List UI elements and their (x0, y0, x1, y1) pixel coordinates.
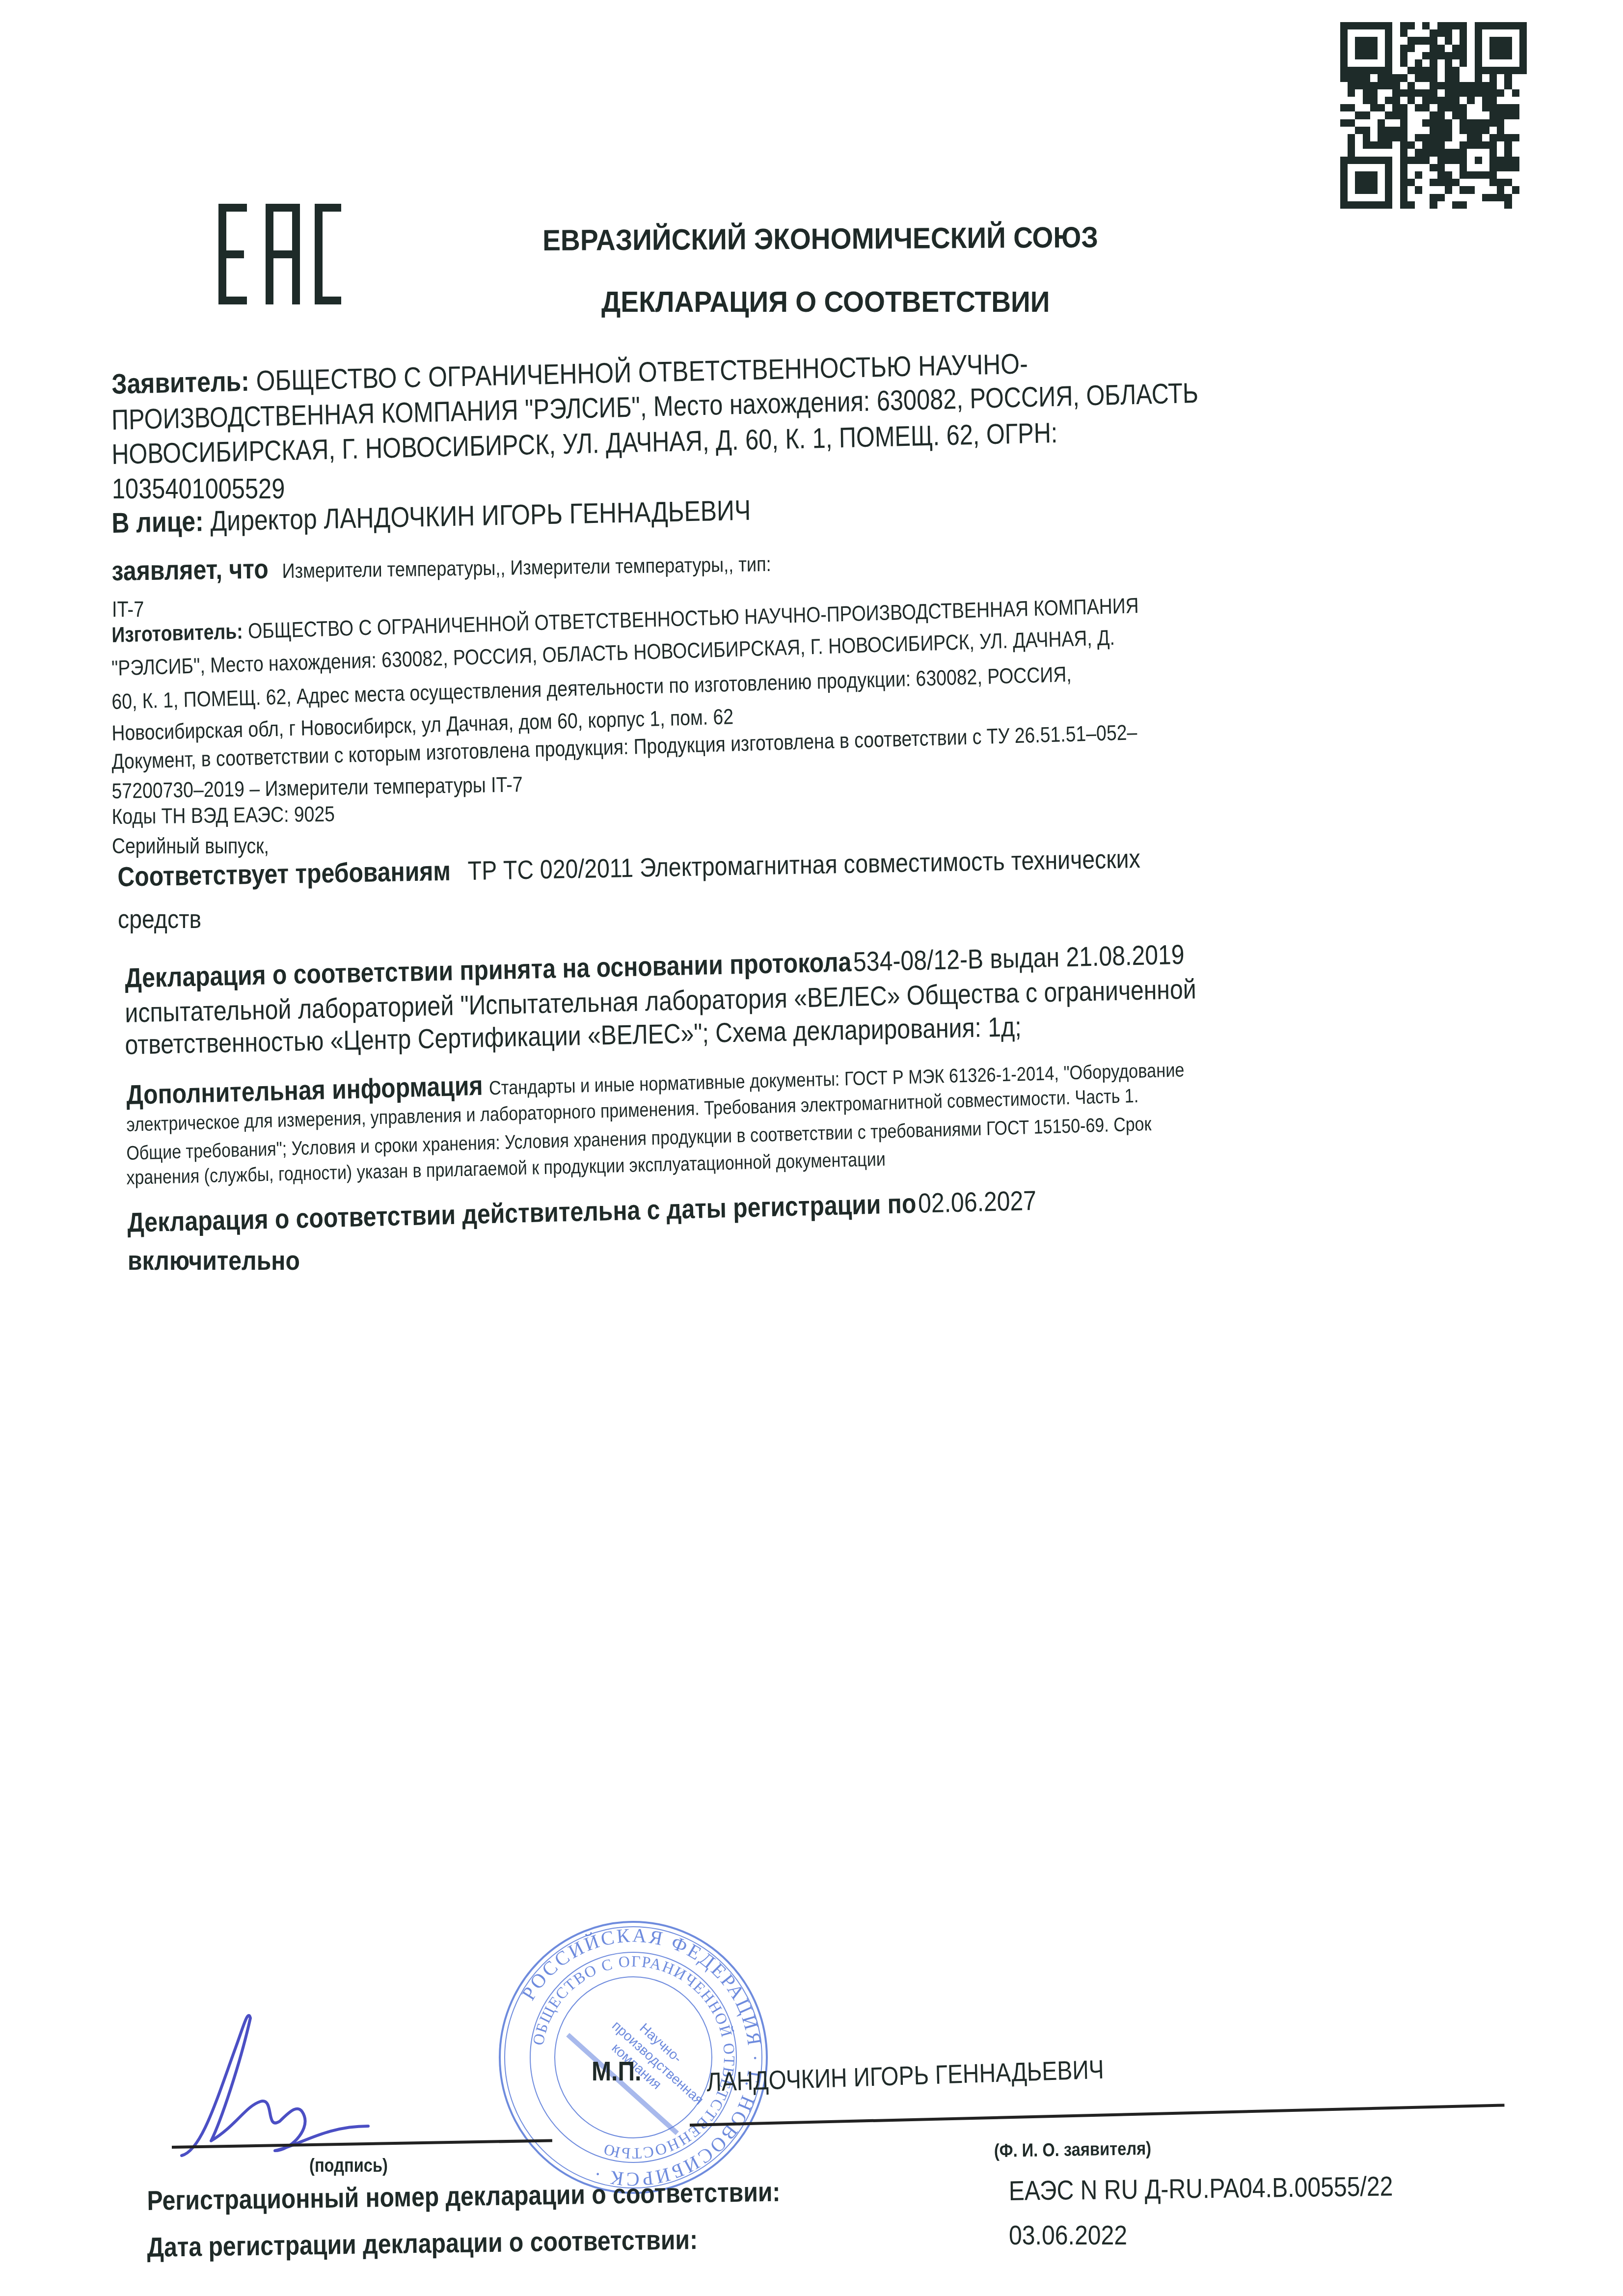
registration-date-label: Дата регистрации декларации о соответств… (147, 2224, 698, 2263)
registration-number-value: ЕАЭС N RU Д-RU.PA04.B.00555/22 (1008, 2170, 1393, 2207)
document-title: ДЕКЛАРАЦИЯ О СООТВЕТСТВИИ (601, 285, 1089, 319)
name-line (690, 2104, 1505, 2127)
registration-date-value: 03.06.2022 (1009, 2219, 1127, 2251)
signature-caption: (подпись) (309, 2156, 388, 2177)
validity-date: 02.06.2027 (918, 1185, 1037, 1219)
conforms-label: Соответствует требованиям (117, 855, 451, 892)
manufacturer-label: Изготовитель: (111, 619, 243, 647)
represented-by-label: В лице: (111, 505, 204, 539)
seal-mark: М.П. (592, 2055, 641, 2087)
validity-line-2: включительно (128, 1245, 300, 1276)
qr-code (1340, 22, 1527, 209)
handwritten-signature (162, 2003, 398, 2160)
hs-codes: Коды ТН ВЭД ЕАЭС: 9025 (111, 798, 335, 833)
declares-label: заявляет, что (111, 553, 269, 586)
validity-label: Декларация о соответствии действительна … (127, 1188, 917, 1238)
registration-number-label: Регистрационный номер декларации о соотв… (147, 2176, 780, 2216)
applicant-label: Заявитель: (111, 365, 250, 400)
declares-line: заявляет, что Измерители температуры,, И… (111, 543, 771, 590)
protocol-number: 534-08/12-В выдан 21.08.2019 (853, 939, 1184, 977)
union-title: ЕВРАЗИЙСКИЙ ЭКОНОМИЧЕСКИЙ СОЮЗ (542, 223, 1146, 257)
validity-line-1: Декларация о соответствии действительна … (127, 1183, 1037, 1240)
eac-mark-icon (218, 204, 341, 304)
conforms-line-2: средств (118, 903, 201, 935)
name-caption: (Ф. И. О. заявителя) (994, 2138, 1151, 2162)
conforms-line: Соответствует требованиям ТР ТС 020/2011… (117, 838, 1140, 897)
